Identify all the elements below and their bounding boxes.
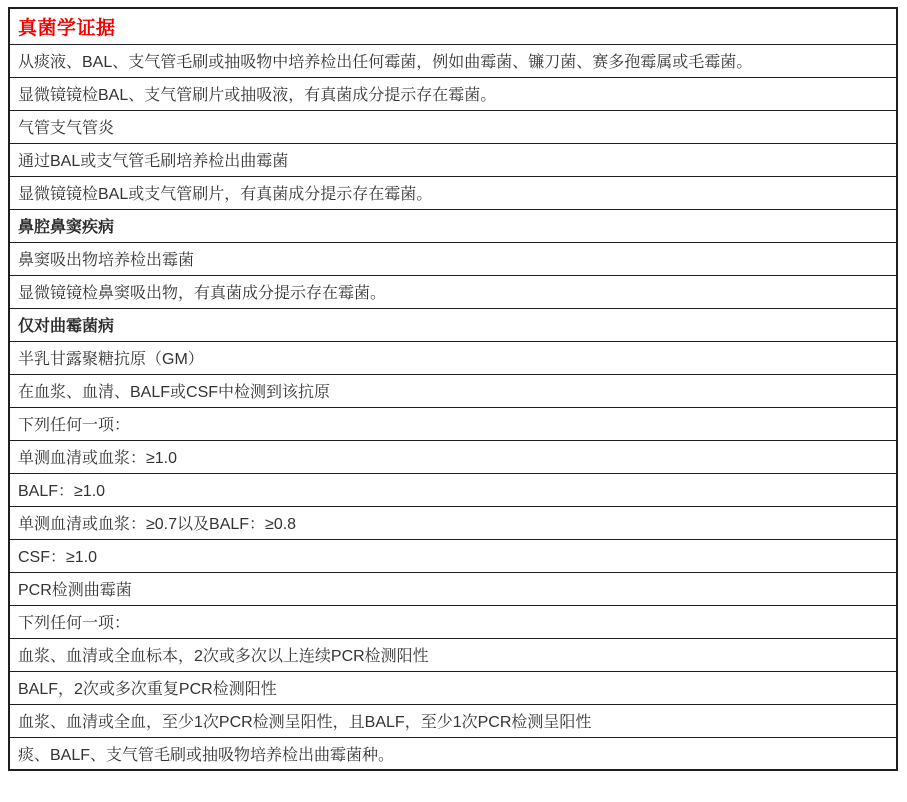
evidence-row-text: 鼻窦吸出物培养检出霉菌 (9, 242, 897, 275)
evidence-row-text: 半乳甘露聚糖抗原（GM） (9, 341, 897, 374)
evidence-row: 通过BAL或支气管毛刷培养检出曲霉菌 (9, 143, 897, 176)
evidence-row: CSF：≥1.0 (9, 539, 897, 572)
table-head: 真菌学证据 (9, 8, 897, 44)
evidence-row-text: 仅对曲霉菌病 (9, 308, 897, 341)
table-title: 真菌学证据 (9, 8, 897, 44)
evidence-row: 显微镜镜检BAL、支气管刷片或抽吸液，有真菌成分提示存在霉菌。 (9, 77, 897, 110)
evidence-row-text: 血浆、血清或全血，至少1次PCR检测呈阳性，且BALF，至少1次PCR检测呈阳性 (9, 704, 897, 737)
evidence-row-text: 下列任何一项： (9, 407, 897, 440)
evidence-row-text: CSF：≥1.0 (9, 539, 897, 572)
page: 真菌学证据 从痰液、BAL、支气管毛刷或抽吸物中培养检出任何霉菌，例如曲霉菌、镰… (0, 0, 907, 778)
evidence-row: 从痰液、BAL、支气管毛刷或抽吸物中培养检出任何霉菌，例如曲霉菌、镰刀菌、赛多孢… (9, 44, 897, 77)
evidence-row-text: BALF，2次或多次重复PCR检测阳性 (9, 671, 897, 704)
evidence-row: 血浆、血清或全血标本，2次或多次以上连续PCR检测阳性 (9, 638, 897, 671)
evidence-row: 血浆、血清或全血，至少1次PCR检测呈阳性，且BALF，至少1次PCR检测呈阳性 (9, 704, 897, 737)
evidence-row-text: 显微镜镜检BAL或支气管刷片，有真菌成分提示存在霉菌。 (9, 176, 897, 209)
evidence-row-text: 气管支气管炎 (9, 110, 897, 143)
evidence-row: BALF，2次或多次重复PCR检测阳性 (9, 671, 897, 704)
evidence-row: 单测血清或血浆：≥0.7以及BALF：≥0.8 (9, 506, 897, 539)
evidence-row-text: PCR检测曲霉菌 (9, 572, 897, 605)
evidence-row: 显微镜镜检鼻窦吸出物，有真菌成分提示存在霉菌。 (9, 275, 897, 308)
evidence-row-text: 显微镜镜检鼻窦吸出物，有真菌成分提示存在霉菌。 (9, 275, 897, 308)
evidence-table-body: 从痰液、BAL、支气管毛刷或抽吸物中培养检出任何霉菌，例如曲霉菌、镰刀菌、赛多孢… (9, 44, 897, 770)
evidence-row: 单测血清或血浆：≥1.0 (9, 440, 897, 473)
table-header-row: 真菌学证据 (9, 8, 897, 44)
evidence-row: 仅对曲霉菌病 (9, 308, 897, 341)
mycology-evidence-table: 真菌学证据 从痰液、BAL、支气管毛刷或抽吸物中培养检出任何霉菌，例如曲霉菌、镰… (8, 7, 898, 771)
evidence-row-text: 单测血清或血浆：≥1.0 (9, 440, 897, 473)
evidence-row: 气管支气管炎 (9, 110, 897, 143)
evidence-row-text: 单测血清或血浆：≥0.7以及BALF：≥0.8 (9, 506, 897, 539)
evidence-row-text: 下列任何一项： (9, 605, 897, 638)
evidence-row: 在血浆、血清、BALF或CSF中检测到该抗原 (9, 374, 897, 407)
evidence-row-text: 显微镜镜检BAL、支气管刷片或抽吸液，有真菌成分提示存在霉菌。 (9, 77, 897, 110)
evidence-row: 显微镜镜检BAL或支气管刷片，有真菌成分提示存在霉菌。 (9, 176, 897, 209)
evidence-row-text: 在血浆、血清、BALF或CSF中检测到该抗原 (9, 374, 897, 407)
evidence-row-text: BALF：≥1.0 (9, 473, 897, 506)
evidence-row-text: 鼻腔鼻窦疾病 (9, 209, 897, 242)
evidence-row-text: 从痰液、BAL、支气管毛刷或抽吸物中培养检出任何霉菌，例如曲霉菌、镰刀菌、赛多孢… (9, 44, 897, 77)
evidence-row-text: 血浆、血清或全血标本，2次或多次以上连续PCR检测阳性 (9, 638, 897, 671)
evidence-row: BALF：≥1.0 (9, 473, 897, 506)
evidence-row: 痰、BALF、支气管毛刷或抽吸物培养检出曲霉菌种。 (9, 737, 897, 770)
evidence-row: PCR检测曲霉菌 (9, 572, 897, 605)
evidence-row: 下列任何一项： (9, 407, 897, 440)
evidence-row-text: 通过BAL或支气管毛刷培养检出曲霉菌 (9, 143, 897, 176)
evidence-row: 下列任何一项： (9, 605, 897, 638)
evidence-row-text: 痰、BALF、支气管毛刷或抽吸物培养检出曲霉菌种。 (9, 737, 897, 770)
evidence-row: 鼻窦吸出物培养检出霉菌 (9, 242, 897, 275)
evidence-row: 半乳甘露聚糖抗原（GM） (9, 341, 897, 374)
evidence-row: 鼻腔鼻窦疾病 (9, 209, 897, 242)
